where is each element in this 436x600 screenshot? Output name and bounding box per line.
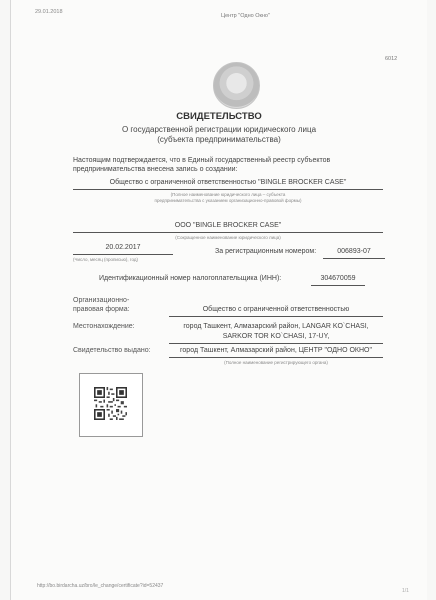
center-name: Центр "Одно Окно" xyxy=(221,13,270,19)
page-number: 1/1 xyxy=(402,588,409,594)
legal-form-underline xyxy=(169,316,383,317)
subtitle-line2: (субъекта предпринимательства) xyxy=(11,135,427,144)
location-value-line2: SARKOR TOR KO`CHASI, 17-UY, xyxy=(169,333,383,340)
state-emblem-icon xyxy=(213,62,260,109)
intro-line2: предпринимательства внесена запись о соз… xyxy=(73,166,238,173)
registration-number-value: 006893-07 xyxy=(323,248,385,255)
location-value-line1: город Ташкент, Алмазарский район, LANGAR… xyxy=(169,323,383,330)
full-name-caption2: предпринимательства с указанием организа… xyxy=(73,198,383,203)
location-label: Местонахождение: xyxy=(73,323,135,330)
legal-form-label1: Организационно- xyxy=(73,297,129,304)
registration-date-value: 20.02.2017 xyxy=(73,244,173,251)
registration-date-underline xyxy=(73,254,173,255)
print-date: 29.01.2018 xyxy=(35,9,63,15)
location-underline xyxy=(169,343,383,344)
doc-number: 6012 xyxy=(385,56,397,62)
full-name-caption1: (Полное наименование юридического лица –… xyxy=(73,192,383,197)
registration-date-caption: (Число, месяц (прописью), год) xyxy=(73,257,138,262)
intro-line1: Настоящим подтверждается, что в Единый г… xyxy=(73,157,330,164)
certificate-page: 29.01.2018 Центр "Одно Окно" 6012 СВИДЕТ… xyxy=(10,0,427,600)
subtitle-line1: О государственной регистрации юридическо… xyxy=(11,125,427,134)
full-name-value: Общество с ограниченной ответственностью… xyxy=(73,179,383,186)
short-name-value: ООО "BINGLE BROCKER CASE" xyxy=(73,222,383,229)
qr-code-frame xyxy=(79,373,143,437)
inn-label: Идентификационный номер налогоплательщик… xyxy=(99,275,281,282)
issued-by-caption: (Полное наименование регистрирующего орг… xyxy=(169,360,383,365)
qr-code-icon xyxy=(94,387,127,420)
short-name-underline xyxy=(73,232,383,233)
footer-url: http://bo.birdarcha.uz/bro/le_change/cer… xyxy=(37,583,163,589)
legal-form-label2: правовая форма: xyxy=(73,306,130,313)
issued-by-underline xyxy=(169,357,383,358)
registration-number-underline xyxy=(323,258,385,259)
full-name-underline xyxy=(73,189,383,190)
legal-form-value: Общество с ограниченной ответственностью xyxy=(169,306,383,313)
inn-value: 304670059 xyxy=(311,275,365,282)
short-name-caption: (Сокращенное наименование юридического л… xyxy=(73,235,383,240)
page-title: СВИДЕТЕЛЬСТВО xyxy=(11,111,427,122)
issued-by-label: Свидетельство выдано: xyxy=(73,347,151,354)
registration-number-label: За регистрационным номером: xyxy=(215,248,316,255)
inn-underline xyxy=(311,285,365,286)
issued-by-value: город Ташкент, Алмазарский район, ЦЕНТР … xyxy=(169,347,383,354)
